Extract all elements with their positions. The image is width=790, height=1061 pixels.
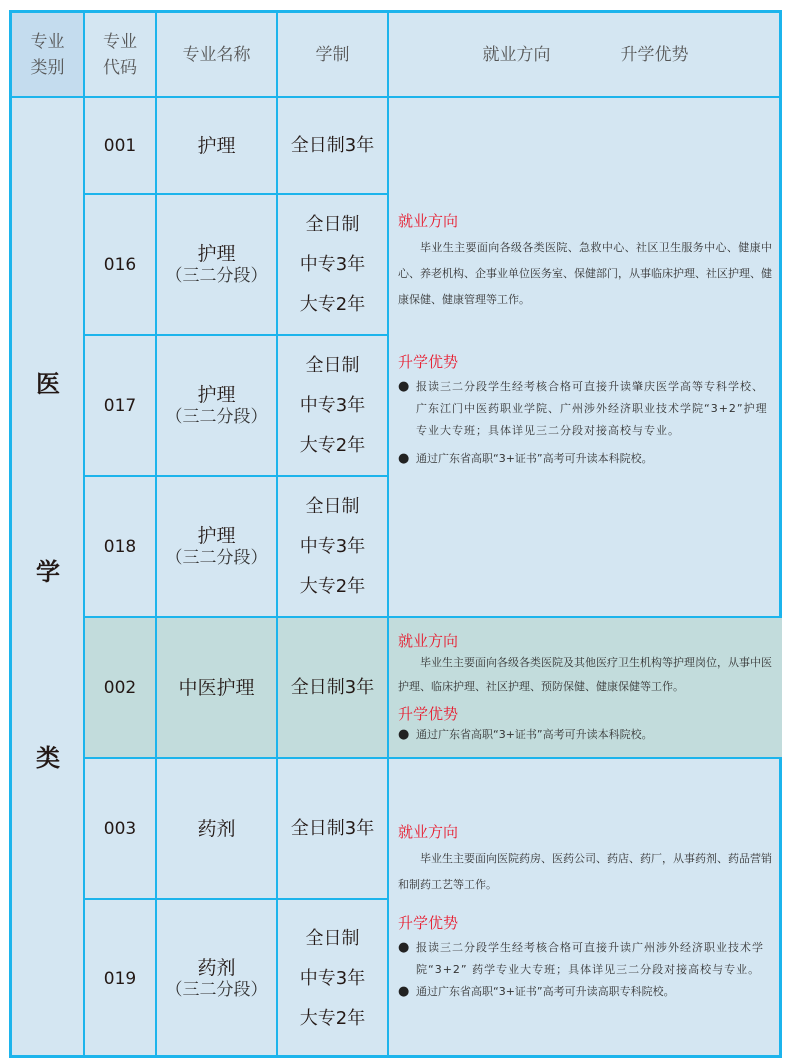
- employment-heading: 就业方向: [398, 630, 772, 651]
- row-002-code: 002: [85, 618, 157, 759]
- row-017-duration: 全日制 中专3年 大专2年: [278, 336, 389, 477]
- duration-line: 大专2年: [300, 999, 365, 1039]
- header-code-line1: 专业: [103, 29, 137, 55]
- row-003-name: 药剂: [157, 759, 278, 900]
- major-name: 护理: [197, 525, 235, 547]
- major-name: 药剂: [197, 818, 235, 840]
- advancement-bullet: ● 通过广东省高职“3+证书”高考可升读高职专科院校。: [398, 981, 772, 1003]
- header-duration: 学制: [278, 13, 389, 98]
- row-002-duration: 全日制3年: [278, 618, 389, 759]
- row-019-name: 药剂 （三二分段）: [157, 900, 278, 1058]
- employment-heading: 就业方向: [398, 821, 772, 842]
- category-cell: 医 学 类: [12, 98, 85, 1058]
- bullet-dot-icon: ●: [398, 937, 416, 981]
- category-char-3: 类: [12, 738, 84, 773]
- duration-line: 中专3年: [300, 527, 365, 567]
- header-employment-advancement: 就业方向 升学优势: [389, 13, 782, 98]
- tcm-nursing-description: 就业方向 毕业生主要面向各级各类医院及其他医疗卫生机构等护理岗位，从事中医护理、…: [389, 630, 782, 746]
- duration-line: 大专2年: [300, 285, 365, 325]
- duration-line: 全日制: [306, 487, 360, 527]
- advancement-bullet: ● 通过广东省高职“3+证书”高考可升读本科院校。: [398, 724, 772, 746]
- employment-text: 毕业生主要面向医院药房、医药公司、药店、药厂，从事药剂、药品营销和制药工艺等工作…: [398, 846, 772, 898]
- header-employment: 就业方向: [483, 42, 551, 68]
- major-name: 中医护理: [178, 677, 254, 699]
- advancement-bullet: ● 报读三二分段学生经考核合格可直接升读广州涉外经济职业技术学院“3+2” 药学…: [398, 937, 772, 981]
- category-char-2: 学: [12, 552, 84, 587]
- row-017-name: 护理 （三二分段）: [157, 336, 278, 477]
- advancement-bullet: ● 报读三二分段学生经考核合格可直接升读肇庆医学高等专科学校、广东江门中医药职业…: [398, 376, 772, 442]
- major-name: 护理: [197, 243, 235, 265]
- row-001-name: 护理: [157, 98, 278, 195]
- duration-line: 中专3年: [300, 245, 365, 285]
- row-018-code: 018: [85, 477, 157, 618]
- bullet-dot-icon: ●: [398, 376, 416, 442]
- advancement-heading: 升学优势: [398, 912, 772, 933]
- advancement-heading: 升学优势: [398, 351, 772, 372]
- major-subtitle: （三二分段）: [166, 265, 268, 287]
- row-016-code: 016: [85, 195, 157, 336]
- duration-line: 全日制: [306, 346, 360, 386]
- header-code: 专业 代码: [85, 13, 157, 98]
- header-code-line2: 代码: [103, 55, 137, 81]
- employment-text: 毕业生主要面向各级各类医院及其他医疗卫生机构等护理岗位，从事中医护理、临床护理、…: [398, 651, 772, 699]
- row-001-duration: 全日制3年: [278, 98, 389, 195]
- majors-table: 专业 类别 专业 代码 专业名称 学制 就业方向 升学优势 医 学 类 001 …: [9, 10, 782, 1058]
- bullet-text: 通过广东省高职“3+证书”高考可升读本科院校。: [416, 724, 653, 746]
- row-003-code: 003: [85, 759, 157, 900]
- bullet-text: 通过广东省高职“3+证书”高考可升读高职专科院校。: [416, 981, 675, 1003]
- row-019-duration: 全日制 中专3年 大专2年: [278, 900, 389, 1058]
- major-name: 护理: [197, 384, 235, 406]
- header-category-line2: 类别: [31, 55, 65, 81]
- duration-line: 大专2年: [300, 426, 365, 466]
- duration-line: 全日制3年: [291, 126, 374, 166]
- row-001-code: 001: [85, 98, 157, 195]
- row-016-name: 护理 （三二分段）: [157, 195, 278, 336]
- duration-line: 全日制: [306, 919, 360, 959]
- duration-line: 中专3年: [300, 386, 365, 426]
- row-017-code: 017: [85, 336, 157, 477]
- header-category: 专业 类别: [12, 13, 85, 98]
- nursing-description: 就业方向 毕业生主要面向各级各类医院、急救中心、社区卫生服务中心、健康中心、养老…: [389, 210, 782, 470]
- row-016-duration: 全日制 中专3年 大专2年: [278, 195, 389, 336]
- header-advancement: 升学优势: [621, 42, 689, 68]
- advancement-bullet: ● 通过广东省高职“3+证书”高考可升读本科院校。: [398, 448, 772, 470]
- duration-line: 全日制3年: [291, 809, 374, 849]
- duration-line: 全日制3年: [291, 668, 374, 708]
- category-char-1: 医: [12, 364, 84, 399]
- row-018-name: 护理 （三二分段）: [157, 477, 278, 618]
- bullet-text: 报读三二分段学生经考核合格可直接升读广州涉外经济职业技术学院“3+2” 药学专业…: [416, 937, 772, 981]
- header-category-line1: 专业: [31, 29, 65, 55]
- duration-line: 中专3年: [300, 959, 365, 999]
- bullet-dot-icon: ●: [398, 724, 416, 746]
- duration-line: 大专2年: [300, 567, 365, 607]
- major-name: 护理: [197, 135, 235, 157]
- employment-heading: 就业方向: [398, 210, 772, 231]
- row-018-duration: 全日制 中专3年 大专2年: [278, 477, 389, 618]
- row-002-name: 中医护理: [157, 618, 278, 759]
- major-subtitle: （三二分段）: [166, 547, 268, 569]
- advancement-heading: 升学优势: [398, 703, 772, 724]
- bullet-dot-icon: ●: [398, 448, 416, 470]
- header-name: 专业名称: [157, 13, 278, 98]
- employment-text: 毕业生主要面向各级各类医院、急救中心、社区卫生服务中心、健康中心、养老机构、企事…: [398, 235, 772, 313]
- row-019-code: 019: [85, 900, 157, 1058]
- duration-line: 全日制: [306, 205, 360, 245]
- bullet-text: 通过广东省高职“3+证书”高考可升读本科院校。: [416, 448, 653, 470]
- major-subtitle: （三二分段）: [166, 979, 268, 1001]
- row-003-duration: 全日制3年: [278, 759, 389, 900]
- bullet-dot-icon: ●: [398, 981, 416, 1003]
- bullet-text: 报读三二分段学生经考核合格可直接升读肇庆医学高等专科学校、广东江门中医药职业学院…: [416, 376, 772, 442]
- major-name: 药剂: [197, 957, 235, 979]
- major-subtitle: （三二分段）: [166, 406, 268, 428]
- pharmacy-description: 就业方向 毕业生主要面向医院药房、医药公司、药店、药厂，从事药剂、药品营销和制药…: [389, 821, 782, 1003]
